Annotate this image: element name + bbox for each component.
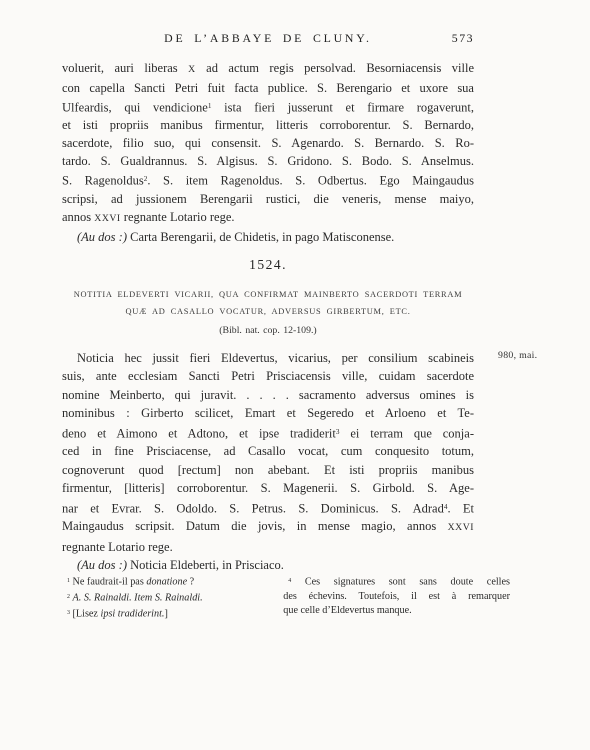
text-line: regnante Lotario rege. [62, 538, 474, 556]
text-segment: Ne faudrait-il pas [70, 577, 146, 588]
text-line: 3 [Lisez ipsi tradiderint.] [62, 606, 267, 622]
text-segment: scripsi, ad jussionem Berengarii rustici… [62, 192, 474, 206]
text-segment: suis, ante ecclesiam Sancti Petri Prisci… [62, 369, 474, 383]
book-page: DE L’ABBAYE DE CLUNY. 573 voluerit, auri… [0, 0, 590, 750]
text-segment: S. Ragenoldus [62, 174, 144, 188]
text-segment: nominibus : Girberto scilicet, Emart et … [62, 406, 474, 420]
text-line: que celle d’Eldevertus manque. [283, 604, 510, 618]
text-segment: regnante Lotario rege. [121, 210, 235, 224]
text-segment: donatione [146, 577, 187, 588]
text-segment: ? [187, 577, 194, 588]
text-line: (Au dos :) Noticia Eldeberti, in Priscia… [62, 556, 474, 574]
text-line: con capella Sancti Petri fuit facta publ… [62, 79, 474, 97]
text-segment: Ces signatures sont sans doute celles [291, 577, 510, 588]
text-line: voluerit, auri liberas x ad actum regis … [62, 59, 474, 79]
text-segment: tardo. S. Gualdrannus. S. Algisus. S. Gr… [62, 154, 474, 168]
text-line: Ulfeardis, qui vendicione1 ista fieri ju… [62, 97, 474, 116]
text-line: nar et Evrar. S. Odoldo. S. Petrus. S. D… [62, 498, 474, 518]
charter-title: NOTITIA ELDEVERTI VICARII, QUA CONFIRMAT… [62, 286, 474, 320]
text-segment: [Lisez [70, 609, 101, 620]
text-line: cognoverunt quod [rectum] non abebant. E… [62, 461, 474, 479]
text-line: nominibus : Girberto scilicet, Emart et … [62, 404, 474, 422]
text-segment: sacerdote, filio suo, qui consensit. S. … [62, 136, 474, 150]
text-line: Noticia hec jussit fieri Eldevertus, vic… [62, 349, 474, 367]
text-segment: ei terram que conja- [339, 426, 474, 440]
text-line: firmentur, [litteris] corroborentur. S. … [62, 479, 474, 497]
charter-title-line: QUÆ AD CASALLO VOCATUR, ADVERSUS GIRBERT… [62, 303, 474, 320]
text-segment: cognoverunt quod [rectum] non abebant. E… [62, 463, 474, 477]
text-segment: x [188, 64, 196, 75]
text-segment: . S. item Ragenoldus. S. Odbertus. Ego M… [147, 174, 474, 188]
text-segment: Ulfeardis, qui vendicione [62, 100, 208, 114]
text-segment: ipsi tradiderint. [101, 609, 165, 620]
charter-title-line: NOTITIA ELDEVERTI VICARII, QUA CONFIRMAT… [62, 286, 474, 303]
text-segment: regnante Lotario rege. [62, 540, 173, 554]
text-line: tardo. S. Gualdrannus. S. Algisus. S. Gr… [62, 152, 474, 170]
charter-1524-heading: 1524. NOTITIA ELDEVERTI VICARII, QUA CON… [62, 258, 474, 336]
text-segment: que celle d’Eldevertus manque. [283, 605, 411, 616]
text-segment: A. S. Rainaldi. Item S. Rainaldi. [73, 593, 203, 604]
text-segment: . Et [447, 501, 474, 515]
text-segment: ista fieri jusserunt et firmare rogaveru… [211, 100, 474, 114]
text-segment: ] [164, 609, 167, 620]
text-line: annos xxvi regnante Lotario rege. [62, 208, 474, 228]
text-segment: Maingaudus scripsit. Datum die jovis, in… [62, 519, 448, 533]
text-segment: ad actum regis persolvad. Besorniacensis… [196, 61, 474, 75]
text-segment: Noticia Eldeberti, in Prisciaco. [127, 558, 284, 572]
page-number: 573 [452, 31, 474, 46]
text-line: suis, ante ecclesiam Sancti Petri Prisci… [62, 367, 474, 385]
text-segment: nomine Meinberto, qui juravit. . . . . s… [62, 388, 474, 402]
footnotes-left-column: 1 Ne faudrait-il pas donatione ?2 A. S. … [62, 574, 267, 622]
text-segment: firmentur, [litteris] corroborentur. S. … [62, 481, 474, 495]
text-segment: voluerit, auri liberas [62, 61, 188, 75]
text-segment: ced in fine Prisciacense, ad Casallo voc… [62, 444, 474, 458]
charter-source-reference: (Bibl. nat. cop. 12-109.) [62, 325, 474, 336]
charter-number: 1524. [62, 258, 474, 272]
text-segment: con capella Sancti Petri fuit facta publ… [62, 81, 474, 95]
text-line: nomine Meinberto, qui juravit. . . . . s… [62, 386, 474, 404]
text-segment: Carta Berengarii, de Chidetis, in pago M… [127, 230, 394, 244]
text-segment: (Au dos :) [77, 230, 127, 244]
text-line: deno et Aimono et Adtono, et ipse tradid… [62, 423, 474, 443]
text-line: et isti propriis manibus firmentur, litt… [62, 116, 474, 134]
text-segment: nar et Evrar. S. Odoldo. S. Petrus. S. D… [62, 501, 444, 515]
text-line: ced in fine Prisciacense, ad Casallo voc… [62, 442, 474, 460]
footnotes: 1 Ne faudrait-il pas donatione ?2 A. S. … [62, 574, 510, 622]
text-line: 2 A. S. Rainaldi. Item S. Rainaldi. [62, 590, 267, 606]
text-segment: Noticia hec jussit fieri Eldevertus, vic… [77, 351, 474, 365]
text-line: 1 Ne faudrait-il pas donatione ? [62, 574, 267, 590]
text-line: scripsi, ad jussionem Berengarii rustici… [62, 190, 474, 208]
text-segment: xxvi [448, 522, 474, 533]
text-line: (Au dos :) Carta Berengarii, de Chidetis… [62, 228, 474, 246]
text-segment: annos [62, 210, 94, 224]
margin-date-note: 980, mai. [498, 350, 537, 361]
text-segment: des échevins. Toutefois, il est à remarq… [283, 591, 510, 602]
running-title: DE L’ABBAYE DE CLUNY. [164, 31, 372, 45]
text-segment: et isti propriis manibus firmentur, litt… [62, 118, 474, 132]
footnotes-right-column: 4 Ces signatures sont sans doute cellesd… [283, 574, 510, 622]
text-line: des échevins. Toutefois, il est à remarq… [283, 590, 510, 604]
text-line: sacerdote, filio suo, qui consensit. S. … [62, 134, 474, 152]
text-line: 4 Ces signatures sont sans doute celles [283, 574, 510, 590]
text-line: Maingaudus scripsit. Datum die jovis, in… [62, 517, 474, 537]
charter-1523-text: voluerit, auri liberas x ad actum regis … [62, 59, 474, 246]
text-segment: deno et Aimono et Adtono, et ipse tradid… [62, 426, 336, 440]
text-segment: xxvi [94, 213, 120, 224]
text-line: S. Ragenoldus2. S. item Ragenoldus. S. O… [62, 170, 474, 189]
running-head: DE L’ABBAYE DE CLUNY. 573 [62, 31, 474, 46]
text-segment: (Au dos :) [77, 558, 127, 572]
charter-1524-text: Noticia hec jussit fieri Eldevertus, vic… [62, 349, 474, 574]
